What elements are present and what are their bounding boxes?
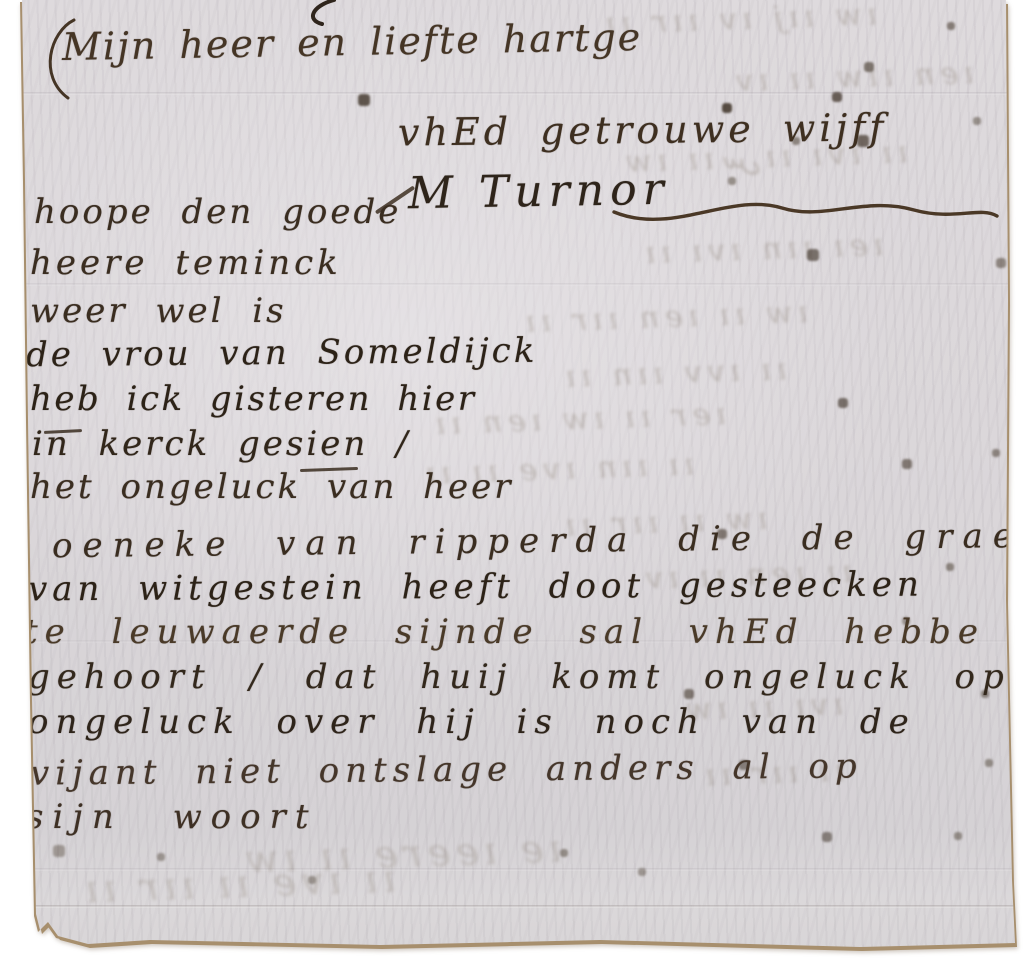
- letter-line: van witgestein heeft doot gesteecken: [28, 565, 924, 610]
- ink-specks: [0, 0, 2, 2]
- signature-flourish: [612, 190, 1002, 250]
- letter-line: ongeluck over hij is noch van de: [28, 702, 916, 742]
- bleedthrough-text: ıı ıve ıı ıır ıı: [79, 857, 396, 912]
- letter-line: heere teminck: [30, 243, 342, 283]
- letter-line: het ongeluck van heer: [30, 467, 514, 507]
- scanned-letter: ıw ııj ıv ıır ıı ıen ııw ıı ıv ıı ıvı ıı…: [0, 0, 1024, 967]
- bleedthrough-text: ıw ıı ıen ıır ıı: [519, 295, 808, 340]
- letter-line: de vrou van Someldijck: [26, 331, 538, 375]
- letter-line: vijant niet ontslage anders al op: [30, 746, 863, 793]
- bleedthrough-text: ıı ıvv ıın ıı: [559, 352, 787, 395]
- letter-line: heb ick gisteren hier: [30, 379, 477, 419]
- paper-crease: [0, 283, 1024, 286]
- letter-line: sijn woort: [26, 797, 318, 837]
- salutation: Mijn heer en liefte hartge: [62, 15, 643, 69]
- letter-line: oeneke van ripperda die de graef: [52, 516, 1024, 566]
- paper-wrap: ıw ııj ıv ıır ıı ıen ııw ıı ıv ıı ıvı ıı…: [0, 0, 1024, 967]
- letter-line: te leuwaerde sijnde sal vhEd hebbe: [24, 612, 985, 652]
- closing-formula: vhEd getrouwe wijff: [398, 105, 888, 154]
- letter-paper: ıw ııj ıv ıır ıı ıen ııw ıı ıv ıı ıvı ıı…: [0, 0, 1024, 967]
- letter-line: gehoort / dat huij komt ongeluck op: [28, 657, 1011, 697]
- letter-line: weer wel is: [30, 291, 287, 331]
- letter-line: hoope den goede: [34, 192, 401, 232]
- letter-line: in kerck gesien /: [32, 424, 411, 464]
- signature: M Turnor: [408, 164, 670, 220]
